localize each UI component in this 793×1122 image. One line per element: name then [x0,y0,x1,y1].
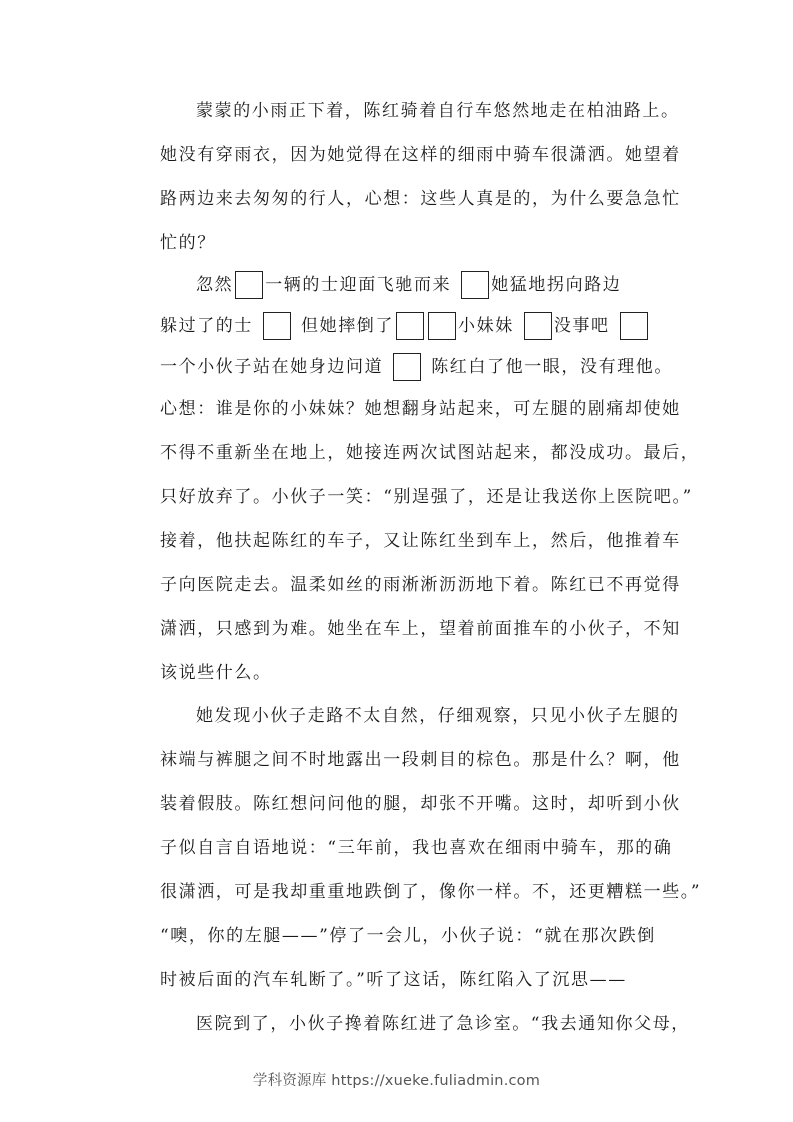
cloze-text: 她猛地拐向路边 [491,275,621,295]
cloze-text: 没事吧 [554,316,610,336]
punctuation-answer-box[interactable] [235,271,263,299]
text-line: 不得不重新坐在地上，她接连两次试图站起来，都没成功。最后， [160,438,699,468]
cloze-line-2: 躲过了的士但她摔倒了小妹妹没事吧 [160,311,650,341]
cloze-line-1: 忽然一辆的士迎面飞驰而来她猛地拐向路边 [196,270,621,300]
text-line: 蒙蒙的小雨正下着，陈红骑着自行车悠然地走在柏油路上。 [196,96,680,126]
text-line: 袜端与裤腿之间不时地露出一段刺目的棕色。那是什么？啊，他 [160,745,681,775]
cloze-text: 躲过了的士 [160,316,253,336]
text-line: 接着，他扶起陈红的车子，又让陈红坐到车上，然后，他推着车 [160,526,681,556]
punctuation-answer-box[interactable] [396,312,424,340]
cloze-text: 一辆的士迎面飞驰而来 [265,275,451,295]
punctuation-answer-box[interactable] [428,312,456,340]
footer-watermark: 学科资源库 https://xueke.fuliadmin.com [0,1069,793,1090]
text-line: “噢，你的左腿——”停了一会儿，小伙子说：“就在那次跌倒 [160,921,656,951]
text-line: 路两边来去匆匆的行人，心想：这些人真是的，为什么要急急忙 [160,184,681,214]
cloze-text: 但她摔倒了 [301,316,394,336]
text-line: 心想：谁是你的小妹妹？她想翻身站起来，可左腿的剧痛却使她 [160,394,681,424]
text-line: 医院到了，小伙子搀着陈红进了急诊室。“我去通知你父母， [196,1009,690,1039]
punctuation-answer-box[interactable] [620,312,648,340]
cloze-text: 小妹妹 [458,316,514,336]
text-line: 时被后面的汽车轧断了。”听了这话，陈红陷入了沉思—— [160,965,627,995]
cloze-text: 一个小伙子站在她身边问道 [160,357,383,377]
text-line: 忙的？ [160,228,216,258]
text-line: 该说些什么。 [160,658,272,688]
cloze-text: 陈红白了他一眼，没有理他。 [431,357,673,377]
text-line: 装着假肢。陈红想问问他的腿，却张不开嘴。这时，却听到小伙 [160,789,681,819]
text-line: 子向医院走去。温柔如丝的雨淅淅沥沥地下着。陈红已不再觉得 [160,570,681,600]
cloze-text: 忽然 [196,275,233,295]
text-line: 她发现小伙子走路不太自然，仔细观察，只见小伙子左腿的 [196,701,680,731]
text-line: 很潇洒，可是我却重重地跌倒了，像你一样。不，还更糟糕一些。” [160,877,701,907]
text-line: 子似自言自语地说：“三年前，我也喜欢在细雨中骑车，那的确 [160,833,673,863]
text-line: 她没有穿雨衣，因为她觉得在这样的细雨中骑车很潇洒。她望着 [160,140,681,170]
punctuation-answer-box[interactable] [263,312,291,340]
punctuation-answer-box[interactable] [461,271,489,299]
cloze-line-3: 一个小伙子站在她身边问道陈红白了他一眼，没有理他。 [160,352,673,382]
punctuation-answer-box[interactable] [524,312,552,340]
text-line: 潇洒，只感到为难。她坐在车上，望着前面推车的小伙子，不知 [160,614,681,644]
text-line: 只好放弃了。小伙子一笑：“别逞强了，还是让我送你上医院吧。” [160,482,693,512]
punctuation-answer-box[interactable] [393,353,421,381]
